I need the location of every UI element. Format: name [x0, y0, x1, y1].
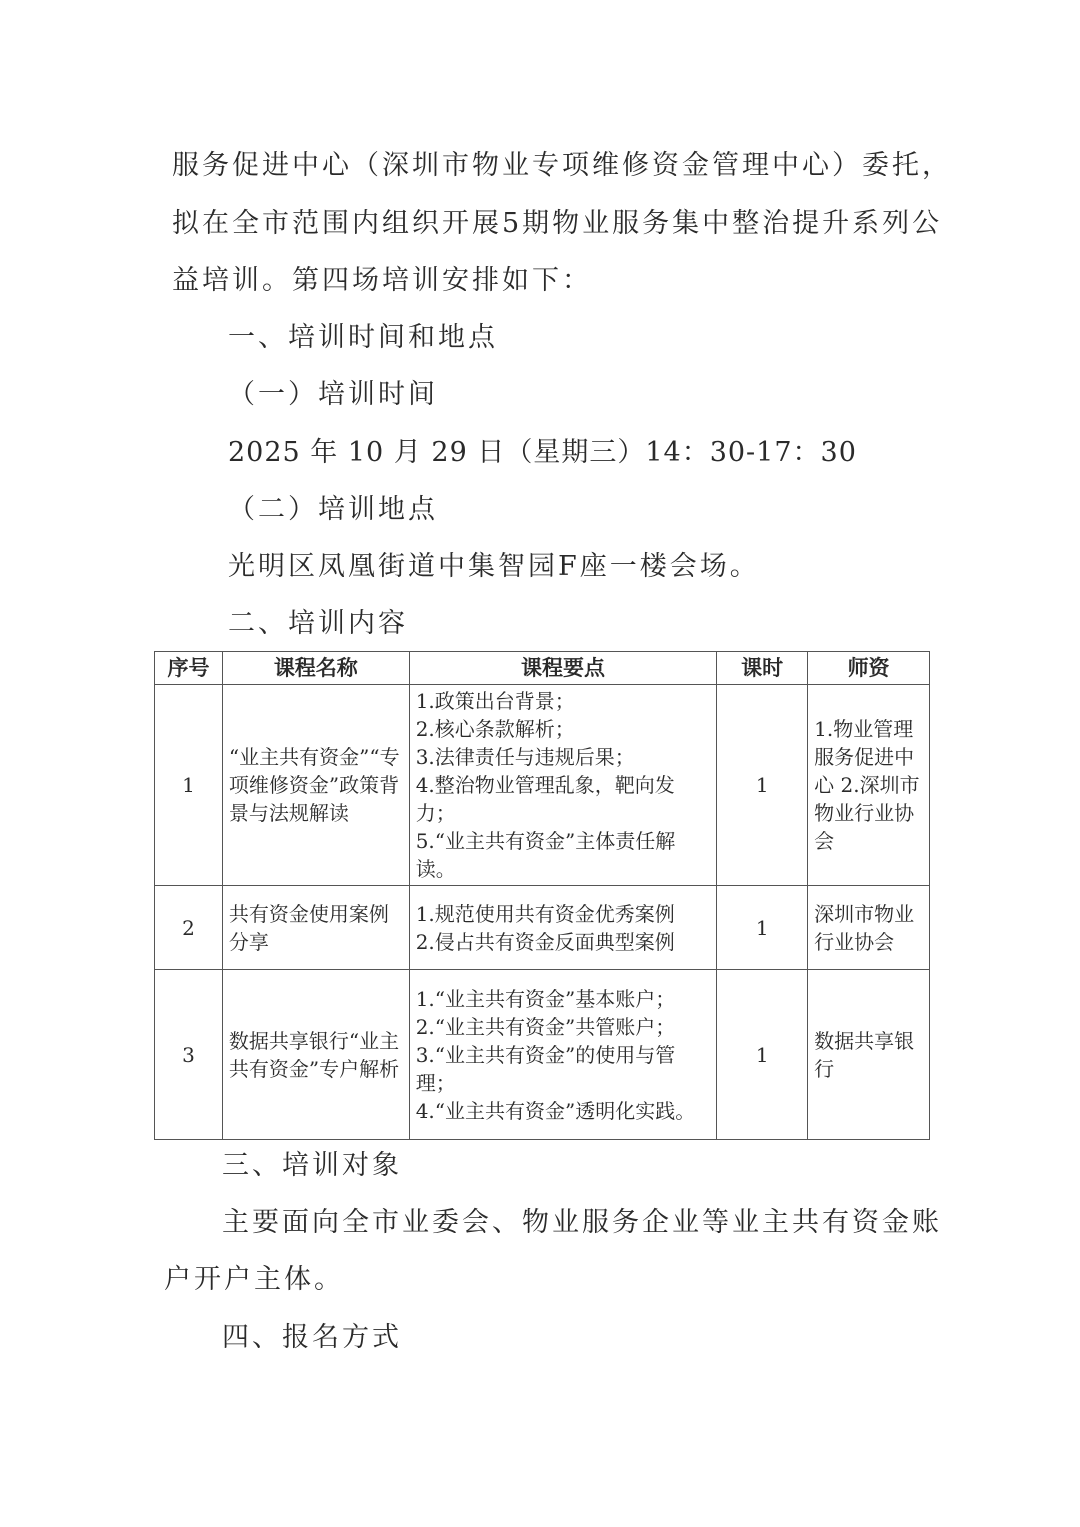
cell-points: 1.“业主共有资金”基本账户； 2.“业主共有资金”共管账户； 3.“业主共有资…	[409, 970, 717, 1140]
paragraph-intro-3: 益培训。第四场培训安排如下：	[172, 261, 592, 301]
header-points: 课程要点	[409, 652, 717, 685]
cell-teacher: 数据共享银行	[808, 970, 930, 1140]
cell-name: “业主共有资金”“专项维修资金”政策背景与法规解读	[222, 685, 409, 886]
header-no: 序号	[155, 652, 223, 685]
table-header-row: 序号 课程名称 课程要点 课时 师资	[155, 652, 930, 685]
point: 3.法律责任与违规后果；	[416, 743, 711, 771]
cell-no: 2	[155, 886, 223, 970]
training-place: 光明区凤凰街道中集智园F座一楼会场。	[228, 547, 760, 587]
table-row: 2 共有资金使用案例分享 1.规范使用共有资金优秀案例 2.侵占共有资金反面典型…	[155, 886, 930, 970]
subheading-place: （二）培训地点	[228, 490, 438, 530]
cell-teacher: 深圳市物业行业协会	[808, 886, 930, 970]
cell-points: 1.规范使用共有资金优秀案例 2.侵占共有资金反面典型案例	[409, 886, 717, 970]
point: 1.政策出台背景；	[416, 687, 711, 715]
cell-no: 3	[155, 970, 223, 1140]
point: 4.“业主共有资金”透明化实践。	[416, 1097, 711, 1125]
paragraph-intro-1: 服务促进中心（深圳市物业专项维修资金管理中心）委托，	[172, 146, 952, 186]
course-table: 序号 课程名称 课程要点 课时 师资 1 “业主共有资金”“专项维修资金”政策背…	[154, 651, 930, 1140]
heading-content: 二、培训内容	[228, 604, 408, 644]
cell-teacher: 1.物业管理服务促进中心 2.深圳市物业行业协会	[808, 685, 930, 886]
header-hours: 课时	[717, 652, 808, 685]
cell-name: 共有资金使用案例分享	[222, 886, 409, 970]
point: 4.整治物业管理乱象，靶向发力；	[416, 771, 711, 827]
cell-name: 数据共享银行“业主共有资金”专户解析	[222, 970, 409, 1140]
heading-audience: 三、培训对象	[222, 1146, 402, 1186]
cell-points: 1.政策出台背景； 2.核心条款解析； 3.法律责任与违规后果； 4.整治物业管…	[409, 685, 717, 886]
point: 1.“业主共有资金”基本账户；	[416, 985, 711, 1013]
table-row: 1 “业主共有资金”“专项维修资金”政策背景与法规解读 1.政策出台背景； 2.…	[155, 685, 930, 886]
header-teacher: 师资	[808, 652, 930, 685]
cell-no: 1	[155, 685, 223, 886]
point: 1.规范使用共有资金优秀案例	[416, 900, 711, 928]
cell-hours: 1	[717, 970, 808, 1140]
subheading-time: （一）培训时间	[228, 375, 438, 415]
header-name: 课程名称	[222, 652, 409, 685]
training-time: 2025 年 10 月 29 日（星期三）14：30-17：30	[228, 433, 857, 473]
point: 2.侵占共有资金反面典型案例	[416, 928, 711, 956]
cell-hours: 1	[717, 886, 808, 970]
audience-1: 主要面向全市业委会、物业服务企业等业主共有资金账	[222, 1203, 942, 1243]
table-row: 3 数据共享银行“业主共有资金”专户解析 1.“业主共有资金”基本账户； 2.“…	[155, 970, 930, 1140]
heading-registration: 四、报名方式	[222, 1318, 402, 1358]
point: 5.“业主共有资金”主体责任解读。	[416, 827, 711, 883]
paragraph-intro-2: 拟在全市范围内组织开展5期物业服务集中整治提升系列公	[172, 204, 942, 244]
heading-time-place: 一、培训时间和地点	[228, 318, 498, 358]
point: 2.核心条款解析；	[416, 715, 711, 743]
cell-hours: 1	[717, 685, 808, 886]
point: 3.“业主共有资金”的使用与管理；	[416, 1041, 711, 1097]
point: 2.“业主共有资金”共管账户；	[416, 1013, 711, 1041]
audience-2: 户开户主体。	[164, 1260, 344, 1300]
